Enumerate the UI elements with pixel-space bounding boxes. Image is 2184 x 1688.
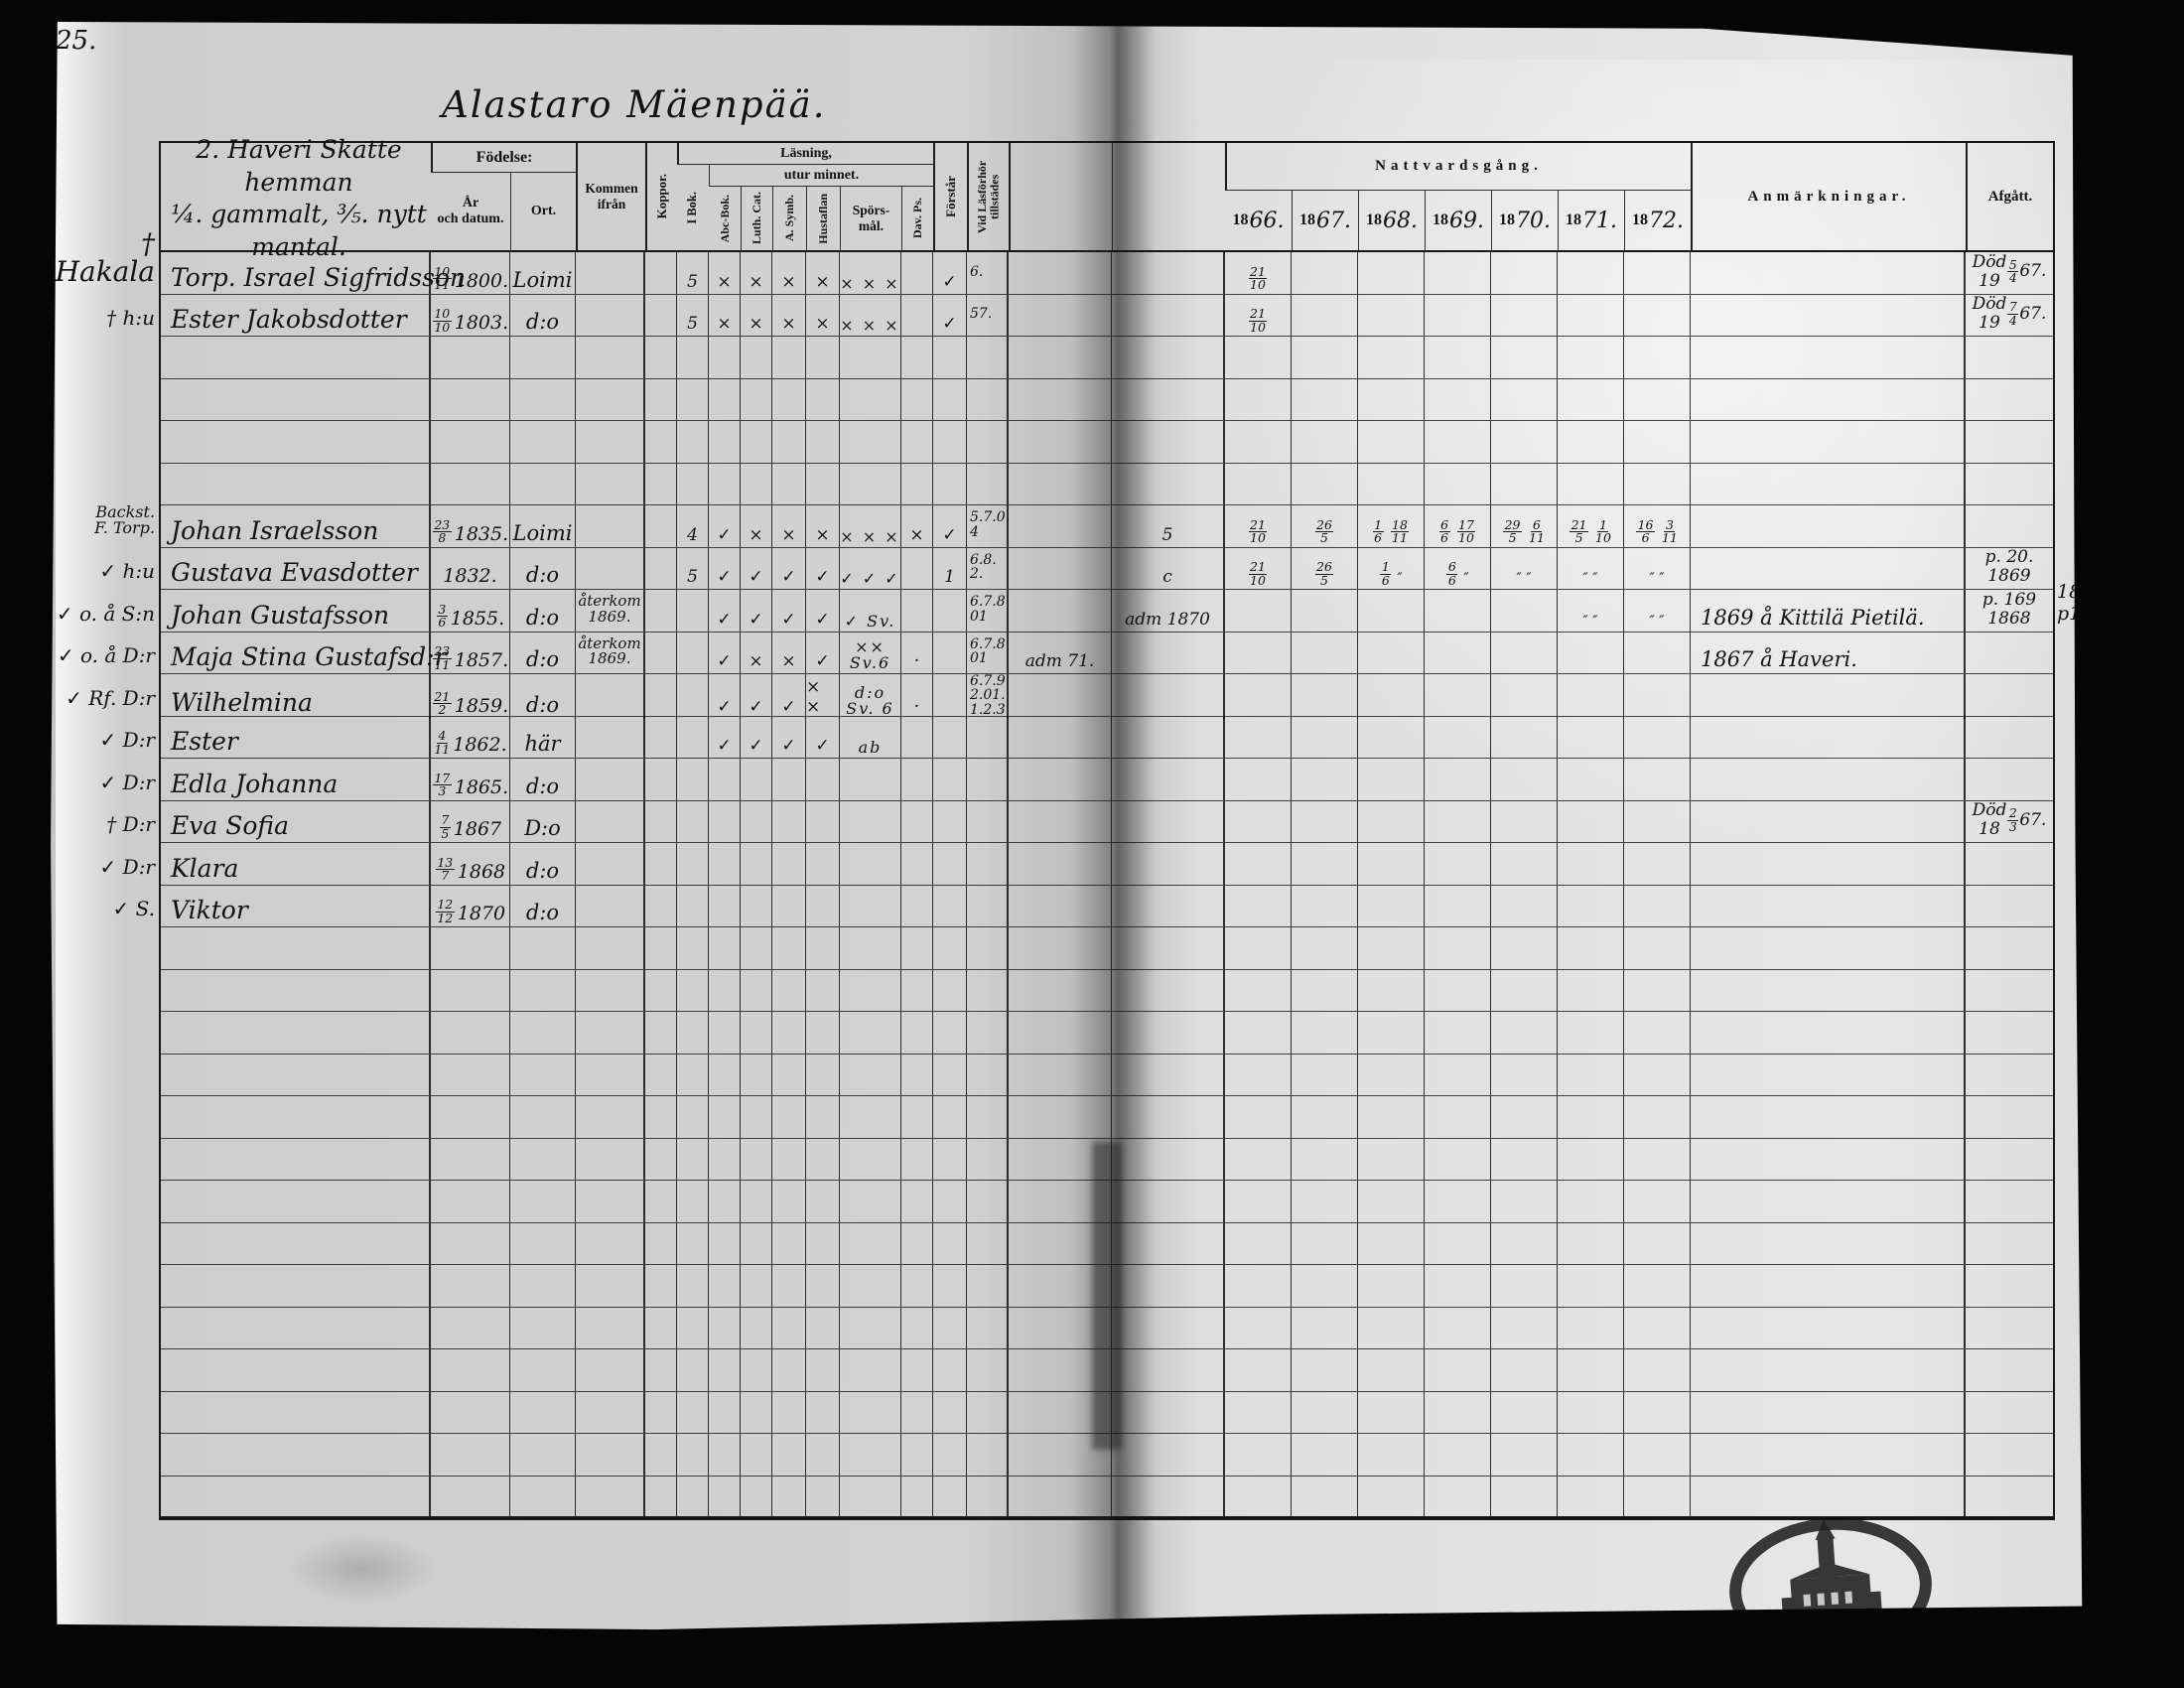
cell-hust <box>806 1096 840 1138</box>
cell-extra2 <box>1112 1349 1225 1391</box>
cell-name <box>161 1181 431 1222</box>
cell-kommen <box>576 1181 645 1222</box>
cell-luth <box>741 1477 772 1517</box>
cell-extra2 <box>1112 1392 1225 1434</box>
cell-symb: ✓ <box>772 717 806 759</box>
cell-natt0 <box>1225 1055 1292 1096</box>
cell-natt5 <box>1558 970 1624 1012</box>
cell-abc: × <box>709 252 741 294</box>
cell-natt3 <box>1425 886 1491 927</box>
cell-name: Torp. Israel Sigfridsson <box>161 252 431 294</box>
cell-natt0 <box>1225 1349 1292 1391</box>
cell-natt0 <box>1225 674 1292 719</box>
cell-natt0: 2110 <box>1225 252 1292 294</box>
cell-symb <box>772 379 806 421</box>
header-symbolum: A. Symb. <box>772 187 806 250</box>
cell-natt5 <box>1558 674 1624 719</box>
cell-extra2 <box>1112 674 1225 719</box>
cell-hust: × <box>806 505 840 547</box>
cell-anm <box>1691 1012 1966 1054</box>
cell-afgatt <box>1966 1223 2053 1265</box>
cell-hust <box>806 379 840 421</box>
cell-vidlas <box>967 886 1009 927</box>
cell-natt0 <box>1225 1181 1292 1222</box>
cell-hust: ✓ <box>806 717 840 759</box>
cell-abc <box>709 759 741 800</box>
cell-ibok <box>677 1055 709 1096</box>
cell-natt3 <box>1425 1477 1491 1517</box>
cell-natt2 <box>1358 252 1425 294</box>
cell-ort <box>510 1434 576 1476</box>
cell-kommen <box>576 1477 645 1517</box>
cell-anm <box>1691 505 1966 547</box>
cell-hust: ✓ <box>806 590 840 632</box>
cell-afgatt <box>1966 674 2053 719</box>
cell-extra2 <box>1112 1012 1225 1054</box>
cell-hust <box>806 1012 840 1054</box>
cell-davps <box>901 252 933 294</box>
cell-ibok <box>677 590 709 632</box>
cell-symb: × <box>772 295 806 337</box>
table-row: Johan Israelsson 2381835. Loimi 4 ✓ × × … <box>161 505 2053 548</box>
year-header-1871: 1871. <box>1558 191 1624 250</box>
cell-natt5 <box>1558 886 1624 927</box>
cell-koppor <box>645 1477 677 1517</box>
cell-date <box>431 1055 510 1096</box>
cell-symb <box>772 1349 806 1391</box>
cell-sporsmal: × × × <box>840 505 901 547</box>
table-row <box>161 927 2053 970</box>
year-header-1868: 1868. <box>1358 191 1425 250</box>
cell-natt4 <box>1491 1055 1558 1096</box>
table-row: Klara 1371868 d:o <box>161 843 2053 886</box>
cell-hust <box>806 337 840 378</box>
cell-natt2 <box>1358 379 1425 421</box>
cell-hust <box>806 1434 840 1476</box>
cell-davps <box>901 1139 933 1181</box>
cell-natt2 <box>1358 801 1425 843</box>
cell-anm <box>1691 843 1966 885</box>
cell-davps <box>901 1055 933 1096</box>
cell-natt3 <box>1425 1012 1491 1054</box>
cell-abc <box>709 843 741 885</box>
cell-forstar: ✓ <box>933 295 967 337</box>
cell-natt6: ″ ″ <box>1624 548 1691 590</box>
margin-note: ✓ S. <box>38 882 155 924</box>
cell-anm <box>1691 1055 1966 1096</box>
cell-hust <box>806 1392 840 1434</box>
header-departed: Afgått. <box>1966 143 2053 250</box>
cell-name <box>161 1139 431 1181</box>
cell-davps <box>901 1434 933 1476</box>
cell-sporsmal <box>840 337 901 378</box>
cell-symb <box>772 759 806 800</box>
table-row: Edla Johanna 1731865. d:o <box>161 759 2053 801</box>
cell-hust <box>806 464 840 505</box>
cell-afgatt <box>1966 505 2053 547</box>
cell-vidlas <box>967 759 1009 800</box>
cell-natt1 <box>1292 801 1358 843</box>
cell-natt4 <box>1491 1139 1558 1181</box>
cell-davps <box>901 337 933 378</box>
cell-afgatt <box>1966 1139 2053 1181</box>
cell-forstar <box>933 1181 967 1222</box>
cell-koppor <box>645 1139 677 1181</box>
cell-natt5 <box>1558 717 1624 759</box>
cell-koppor <box>645 633 677 674</box>
cell-natt6 <box>1624 421 1691 463</box>
cell-natt5 <box>1558 1265 1624 1307</box>
cell-sporsmal <box>840 927 901 969</box>
cell-natt3 <box>1425 801 1491 843</box>
cell-extra1 <box>1009 252 1112 294</box>
cell-natt3 <box>1425 421 1491 463</box>
cell-name: Ester Jakobsdotter <box>161 295 431 337</box>
table-row: Viktor 12121870 d:o <box>161 886 2053 928</box>
cell-natt3: 661710 <box>1425 505 1491 547</box>
cell-davps <box>901 970 933 1012</box>
cell-hust <box>806 886 840 927</box>
cell-sporsmal: ×× Sv.6 <box>840 633 901 674</box>
cell-koppor <box>645 1012 677 1054</box>
cell-extra2 <box>1112 1265 1225 1307</box>
cell-forstar <box>933 717 967 759</box>
cell-extra1 <box>1009 1096 1112 1138</box>
cell-natt6 <box>1624 295 1691 337</box>
cell-name: Eva Sofia <box>161 801 431 843</box>
cell-extra2 <box>1112 927 1225 969</box>
cell-symb <box>772 421 806 463</box>
cell-ort <box>510 1477 576 1517</box>
cell-natt1 <box>1292 464 1358 505</box>
cell-koppor <box>645 1096 677 1138</box>
cell-forstar <box>933 1055 967 1096</box>
cell-extra1 <box>1009 337 1112 378</box>
cell-symb <box>772 1434 806 1476</box>
cell-forstar <box>933 843 967 885</box>
cell-ibok <box>677 1265 709 1307</box>
cell-natt6 <box>1624 464 1691 505</box>
margin-note: † D:r <box>38 797 155 840</box>
cell-abc <box>709 970 741 1012</box>
cell-natt3 <box>1425 252 1491 294</box>
cell-natt2 <box>1358 1223 1425 1265</box>
cell-natt5 <box>1558 1434 1624 1476</box>
cell-name <box>161 1055 431 1096</box>
table-row <box>161 1096 2053 1139</box>
cell-natt6 <box>1624 759 1691 800</box>
cell-vidlas <box>967 970 1009 1012</box>
cell-natt5 <box>1558 337 1624 378</box>
cell-anm <box>1691 1392 1966 1434</box>
cell-symb <box>772 843 806 885</box>
cell-natt2 <box>1358 337 1425 378</box>
cell-luth <box>741 886 772 927</box>
cell-vidlas <box>967 1055 1009 1096</box>
cell-ibok <box>677 337 709 378</box>
cell-natt5: 215110 <box>1558 505 1624 547</box>
header-blank-column-1 <box>1009 143 1112 250</box>
cell-natt5 <box>1558 1392 1624 1434</box>
cell-natt3 <box>1425 1139 1491 1181</box>
cell-ibok <box>677 1477 709 1517</box>
cell-natt6 <box>1624 1265 1691 1307</box>
table-row: Maja Stina Gustafsd:r 23111857. d:o åter… <box>161 633 2053 675</box>
cell-anm <box>1691 674 1966 719</box>
cell-abc <box>709 421 741 463</box>
header-year-row: 1866.1867.1868.1869.1870.1871.1872. <box>1225 191 1691 250</box>
table-row <box>161 1477 2053 1519</box>
cell-name <box>161 1308 431 1349</box>
cell-name <box>161 464 431 505</box>
cell-natt4 <box>1491 1096 1558 1138</box>
cell-symb <box>772 337 806 378</box>
cell-forstar <box>933 379 967 421</box>
cell-ort <box>510 1349 576 1391</box>
cell-luth <box>741 379 772 421</box>
cell-symb <box>772 1477 806 1517</box>
cell-forstar <box>933 1223 967 1265</box>
cell-natt1 <box>1292 927 1358 969</box>
header-birth: Födelse: <box>431 143 576 173</box>
cell-natt1 <box>1292 252 1358 294</box>
cell-hust <box>806 843 840 885</box>
cell-luth: × <box>741 252 772 294</box>
cell-luth <box>741 801 772 843</box>
cell-davps <box>901 1477 933 1517</box>
cell-luth <box>741 421 772 463</box>
cell-abc: ✓ <box>709 717 741 759</box>
cell-natt2 <box>1358 1308 1425 1349</box>
cell-sporsmal <box>840 1096 901 1138</box>
cell-extra2: adm 1870 <box>1112 590 1225 632</box>
cell-kommen: återkom 1869. <box>576 633 645 674</box>
cell-anm <box>1691 1223 1966 1265</box>
cell-extra2 <box>1112 379 1225 421</box>
cell-ibok <box>677 843 709 885</box>
table-row <box>161 970 2053 1013</box>
cell-natt4 <box>1491 1265 1558 1307</box>
cell-ort: d:o <box>510 674 576 719</box>
cell-sporsmal <box>840 1139 901 1181</box>
cell-natt0 <box>1225 1096 1292 1138</box>
cell-natt2 <box>1358 674 1425 719</box>
cell-natt4 <box>1491 674 1558 719</box>
cell-natt4 <box>1491 717 1558 759</box>
cell-hust: × <box>806 295 840 337</box>
cell-davps <box>901 1349 933 1391</box>
cell-kommen <box>576 505 645 547</box>
cell-ort: d:o <box>510 590 576 632</box>
cell-abc <box>709 1349 741 1391</box>
cell-natt2 <box>1358 633 1425 674</box>
cell-koppor <box>645 590 677 632</box>
cell-date: 2381835. <box>431 505 510 547</box>
cell-name: Johan Israelsson <box>161 505 431 547</box>
cell-date <box>431 421 510 463</box>
cell-extra2 <box>1112 886 1225 927</box>
cell-natt2 <box>1358 1139 1425 1181</box>
cell-natt1 <box>1292 759 1358 800</box>
cell-hust <box>806 759 840 800</box>
cell-natt6: 166311 <box>1624 505 1691 547</box>
cell-ibok: 5 <box>677 252 709 294</box>
cell-vidlas <box>967 717 1009 759</box>
cell-natt3 <box>1425 337 1491 378</box>
cell-natt5 <box>1558 1096 1624 1138</box>
cell-extra1 <box>1009 548 1112 590</box>
header-luther-catechism: Luth. Cat. <box>741 187 772 250</box>
cell-natt4 <box>1491 843 1558 885</box>
cell-natt0 <box>1225 337 1292 378</box>
cell-luth: × <box>741 633 772 674</box>
cell-symb: × <box>772 633 806 674</box>
cell-symb <box>772 927 806 969</box>
cell-natt1 <box>1292 295 1358 337</box>
cell-natt6 <box>1624 1139 1691 1181</box>
cell-natt0 <box>1225 464 1292 505</box>
cell-natt0 <box>1225 970 1292 1012</box>
cell-natt2 <box>1358 1477 1425 1517</box>
ink-smudge <box>288 1534 437 1604</box>
cell-afgatt <box>1966 1181 2053 1222</box>
cell-natt6 <box>1624 801 1691 843</box>
cell-natt4 <box>1491 970 1558 1012</box>
cell-ibok <box>677 1181 709 1222</box>
cell-kommen <box>576 1139 645 1181</box>
cell-extra2 <box>1112 1096 1225 1138</box>
cell-kommen: återkom 1869. <box>576 590 645 632</box>
cell-forstar <box>933 1139 967 1181</box>
cell-koppor <box>645 1181 677 1222</box>
cell-vidlas: 6.8. 2. <box>967 548 1009 590</box>
cell-extra2 <box>1112 464 1225 505</box>
cell-ort <box>510 1392 576 1434</box>
cell-ibok <box>677 1096 709 1138</box>
cell-kommen <box>576 252 645 294</box>
cell-anm <box>1691 886 1966 927</box>
cell-ibok <box>677 1308 709 1349</box>
cell-natt5 <box>1558 843 1624 885</box>
cell-natt3 <box>1425 379 1491 421</box>
year-header-1870: 1870. <box>1491 191 1558 250</box>
cell-vidlas: 5.7.0. 4 <box>967 505 1009 547</box>
cell-hust <box>806 1223 840 1265</box>
cell-natt3 <box>1425 295 1491 337</box>
cell-natt4: 295611 <box>1491 505 1558 547</box>
cell-kommen <box>576 1349 645 1391</box>
cell-natt2 <box>1358 886 1425 927</box>
cell-luth <box>741 1096 772 1138</box>
cell-abc <box>709 801 741 843</box>
cell-abc <box>709 1265 741 1307</box>
cell-kommen <box>576 421 645 463</box>
cell-name <box>161 1392 431 1434</box>
cell-sporsmal <box>840 379 901 421</box>
cell-extra1 <box>1009 717 1112 759</box>
cell-koppor <box>645 1434 677 1476</box>
cell-koppor <box>645 464 677 505</box>
cell-vidlas: 6. <box>967 252 1009 294</box>
cell-kommen <box>576 1096 645 1138</box>
scanner-border-right <box>2035 0 2184 1688</box>
cell-abc: ✓ <box>709 633 741 674</box>
cell-natt3 <box>1425 633 1491 674</box>
cell-vidlas: 6.7.8 01 <box>967 590 1009 632</box>
cell-natt0 <box>1225 421 1292 463</box>
cell-name: Maja Stina Gustafsd:r <box>161 633 431 674</box>
cell-kommen <box>576 970 645 1012</box>
cell-natt3 <box>1425 1434 1491 1476</box>
cell-extra1 <box>1009 927 1112 969</box>
table-row <box>161 1055 2053 1097</box>
margin-note: ✓ D:r <box>38 713 155 756</box>
cell-anm <box>1691 1265 1966 1307</box>
cell-natt2 <box>1358 1392 1425 1434</box>
cell-forstar <box>933 886 967 927</box>
cell-symb <box>772 1055 806 1096</box>
cell-natt2 <box>1358 843 1425 885</box>
cell-natt0 <box>1225 379 1292 421</box>
book-fold-dark-streak <box>1092 1142 1122 1450</box>
cell-davps: · <box>901 633 933 674</box>
cell-vidlas <box>967 337 1009 378</box>
cell-kommen <box>576 464 645 505</box>
cell-luth <box>741 927 772 969</box>
cell-extra1 <box>1009 421 1112 463</box>
cell-sporsmal <box>840 886 901 927</box>
cell-forstar <box>933 1265 967 1307</box>
cell-natt1 <box>1292 1055 1358 1096</box>
cell-ort <box>510 1265 576 1307</box>
cell-natt6 <box>1624 1055 1691 1096</box>
cell-natt0 <box>1225 590 1292 632</box>
cell-natt1 <box>1292 717 1358 759</box>
cell-forstar <box>933 759 967 800</box>
cell-ort <box>510 1308 576 1349</box>
cell-natt3 <box>1425 674 1491 719</box>
cell-luth: ✓ <box>741 674 772 719</box>
cell-natt5 <box>1558 379 1624 421</box>
cell-natt3 <box>1425 1349 1491 1391</box>
cell-abc: ✓ <box>709 674 741 719</box>
cell-symb <box>772 1308 806 1349</box>
cell-natt4 <box>1491 886 1558 927</box>
cell-ort: d:o <box>510 295 576 337</box>
cell-natt2 <box>1358 590 1425 632</box>
cell-name <box>161 1012 431 1054</box>
cell-hust: ✓ <box>806 633 840 674</box>
cell-ibok: 5 <box>677 295 709 337</box>
cell-vidlas: 57. <box>967 295 1009 337</box>
cell-anm <box>1691 548 1966 590</box>
cell-hust <box>806 970 840 1012</box>
table-row <box>161 1012 2053 1055</box>
cell-hust <box>806 801 840 843</box>
cell-natt5 <box>1558 1012 1624 1054</box>
cell-koppor <box>645 337 677 378</box>
cell-vidlas <box>967 1265 1009 1307</box>
cell-kommen <box>576 717 645 759</box>
cell-ort <box>510 1055 576 1096</box>
cell-date: 23111857. <box>431 633 510 674</box>
cell-extra1 <box>1009 1055 1112 1096</box>
margin-note: ✓ Rf. D:r <box>38 670 155 713</box>
header-house-table: Hustaflan <box>806 187 840 250</box>
cell-natt0 <box>1225 1308 1292 1349</box>
cell-extra1 <box>1009 801 1112 843</box>
cell-natt6 <box>1624 1012 1691 1054</box>
